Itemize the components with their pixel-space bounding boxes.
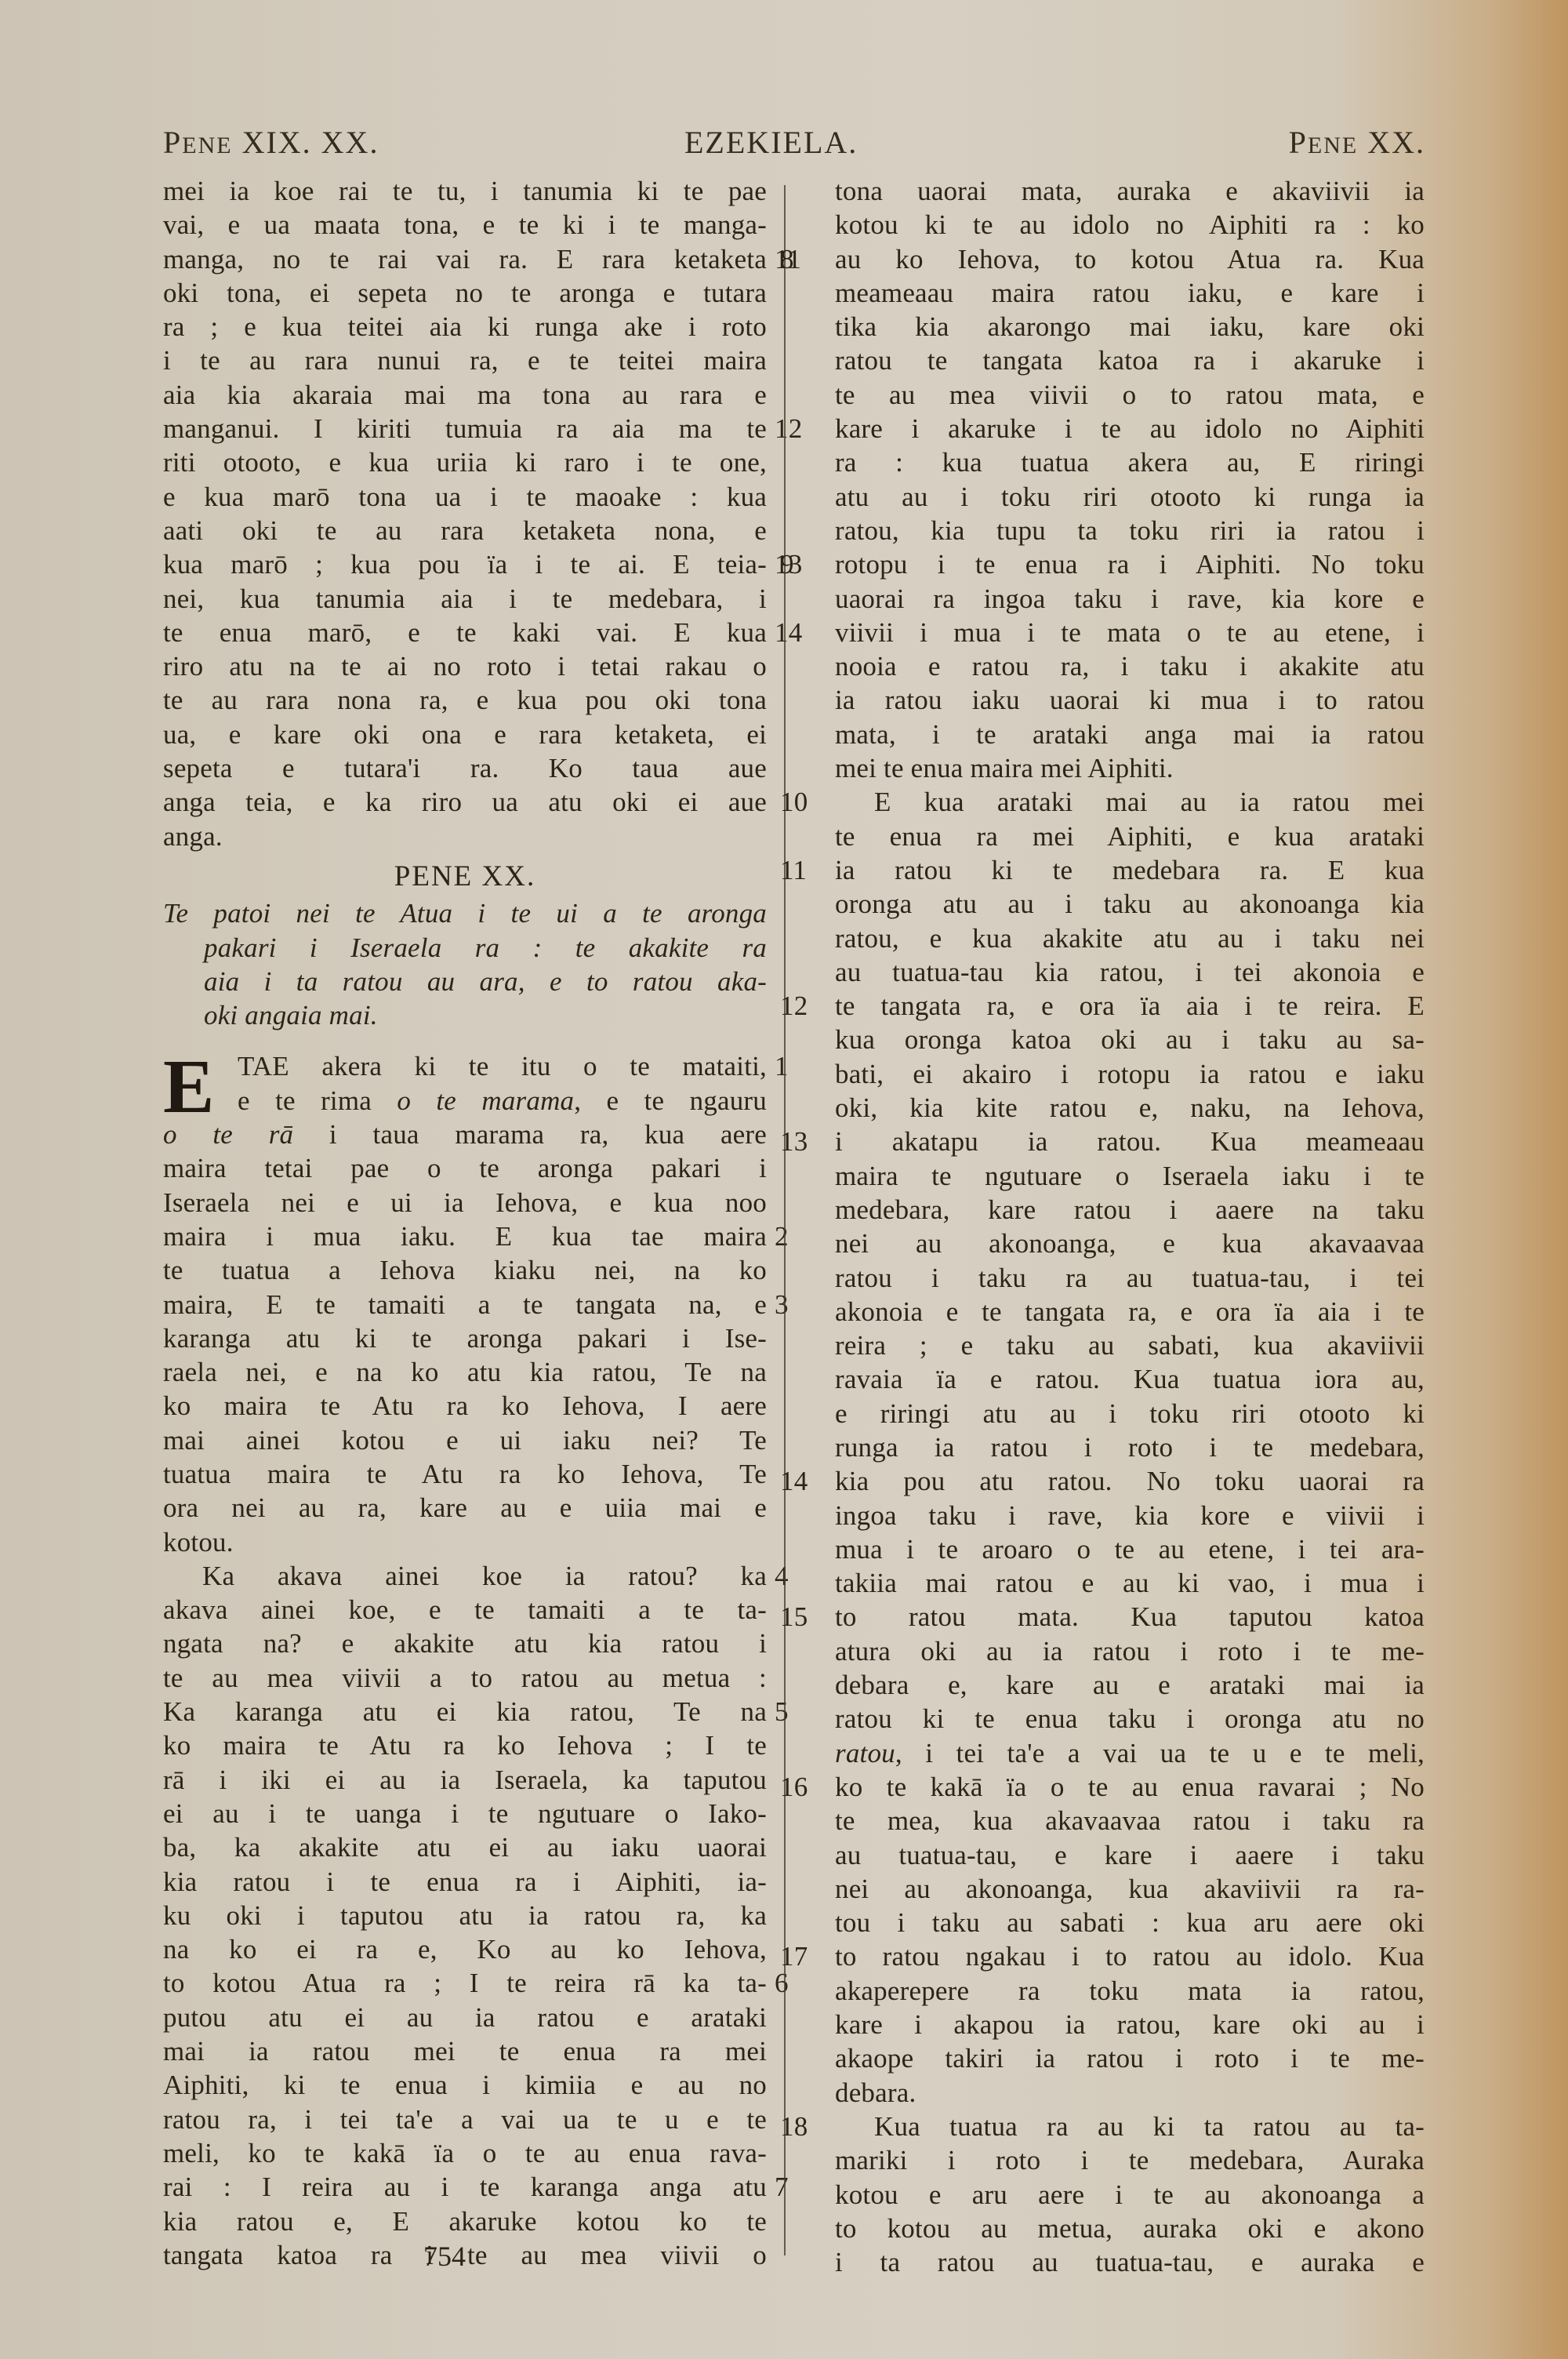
text-line: viivii i mua i te mata o te au etene, i bbox=[835, 616, 1425, 649]
text-line: ua, e kare oki ona e rara ketaketa, ei bbox=[163, 718, 767, 751]
text-line: akava ainei koe, e te tamaiti a te ta- bbox=[163, 1593, 767, 1627]
verse-number: 12 bbox=[780, 989, 824, 1023]
text-line: e kua marō tona ua i te maoake : kua bbox=[163, 480, 767, 514]
text-line: au tuatua-tau kia ratou, i tei akonoia e bbox=[835, 955, 1425, 989]
text-line: ravaia ïa e ratou. Kua tuatua iora au, bbox=[835, 1362, 1425, 1396]
text-line: Aiphiti, ki te enua i kimiia e au no bbox=[163, 2068, 767, 2102]
text-line: debara e, kare au e arataki mai ia bbox=[835, 1668, 1425, 1702]
text-line: kia ratou e, E akaruke kotou ko te bbox=[163, 2205, 767, 2238]
text-line: mariki i roto i te medebara, Auraka bbox=[835, 2143, 1425, 2177]
text-line: Iseraela nei e ui ia Iehova, e kua noo bbox=[163, 1186, 767, 1219]
chapter-heading: PENE XX. bbox=[163, 860, 767, 893]
text-line: mata, i te arataki anga mai ia ratou bbox=[835, 718, 1425, 751]
text-line: rai : I reira au i te karanga anga atu7 bbox=[163, 2170, 767, 2204]
text-line: te au rara nona ra, e kua pou oki tona bbox=[163, 683, 767, 717]
text-line: kua marō ; kua pou ïa i te ai. E teia-13 bbox=[163, 547, 767, 581]
text-line: debara. bbox=[835, 2076, 1425, 2110]
text-line: tou i taku au sabati : kua aru aere oki bbox=[835, 1906, 1425, 1939]
text-line: ngata na? e akakite atu kia ratou i bbox=[163, 1627, 767, 1660]
text-line: putou atu ei au ia ratou e arataki bbox=[163, 2001, 767, 2034]
text-line: te enua ra mei Aiphiti, e kua arataki bbox=[835, 820, 1425, 853]
text-line: ia ratou ki te medebara ra. E kua11 bbox=[835, 853, 1425, 887]
text-line: nei au akonoanga, kua akaviivii ra ra- bbox=[835, 1872, 1425, 1906]
text-line: kotou. bbox=[163, 1525, 767, 1559]
text-line: te mea, kua akavaavaa ratou i taku ra bbox=[835, 1804, 1425, 1837]
text-line: raela nei, e na ko atu kia ratou, Te na bbox=[163, 1355, 767, 1389]
text-line: i akatapu ia ratou. Kua meameaau13 bbox=[835, 1125, 1425, 1158]
text-line: tuatua maira te Atu ra ko Iehova, Te bbox=[163, 1457, 767, 1491]
text-line: atu au i toku riri otooto ki runga ia bbox=[835, 480, 1425, 514]
text-line: kia ratou i te enua ra i Aiphiti, ia- bbox=[163, 1865, 767, 1899]
text-line: medebara, kare ratou i aaere na taku bbox=[835, 1193, 1425, 1227]
text-line: nei, kua tanumia aia i te medebara, i bbox=[163, 582, 767, 616]
text-line: akaope takiri ia ratou i roto i te me- bbox=[835, 2041, 1425, 2075]
text-line: tona uaorai mata, auraka e akaviivii ia bbox=[835, 174, 1425, 208]
text-line: to ratou mata. Kua taputou katoa15 bbox=[835, 1600, 1425, 1634]
text-line: nei au akonoanga, e kua akavaavaa bbox=[835, 1227, 1425, 1260]
verse-number: 7 bbox=[775, 2170, 789, 2204]
text-line: runga ia ratou i roto i te medebara, bbox=[835, 1430, 1425, 1464]
text-line: TAE akera ki te itu o te mataiti,1 bbox=[163, 1049, 767, 1083]
text-line: oki, kia kite ratou e, naku, na Iehova, bbox=[835, 1091, 1425, 1125]
text-line: ratou, kia tupu ta toku riri ia ratou i bbox=[835, 514, 1425, 547]
text-line: aia kia akaraia mai ma tona au rara e bbox=[163, 378, 767, 412]
verse-number: 5 bbox=[775, 1695, 789, 1728]
verse-number: 14 bbox=[780, 1464, 824, 1498]
text-line: ko te kakā ïa o te au enua ravarai ; No1… bbox=[835, 1770, 1425, 1804]
text-line: ratou ki te enua taku i oronga atu no bbox=[835, 1702, 1425, 1736]
text-line: mua i te aroaro o te au etene, i tei ara… bbox=[835, 1532, 1425, 1566]
header-book-title: EZEKIELA. bbox=[684, 124, 858, 161]
text-line: bati, ei akairo i rotopu ia ratou e iaku bbox=[835, 1057, 1425, 1091]
running-header: PENE XIX. XX. EZEKIELA. PENE XX. bbox=[163, 124, 1425, 163]
verse-number: 2 bbox=[775, 1219, 789, 1253]
text-line: Ka karanga atu ei kia ratou, Te na5 bbox=[163, 1695, 767, 1728]
right-text-column: tona uaorai mata, auraka e akaviivii iak… bbox=[835, 174, 1425, 2279]
text-line: ra : kua tuatua akera au, E riringi bbox=[835, 445, 1425, 479]
text-line: kare i akaruke i te au idolo no Aiphiti bbox=[835, 412, 1425, 445]
text-line: karanga atu ki te aronga pakari i Ise- bbox=[163, 1321, 767, 1355]
verse-number: 1 bbox=[775, 1049, 789, 1083]
text-line: maira tetai pae o te aronga pakari i bbox=[163, 1151, 767, 1185]
text-line: kua oronga katoa oki au i taku au sa- bbox=[835, 1023, 1425, 1056]
text-line: rā i iki ei au ia Iseraela, ka taputou bbox=[163, 1763, 767, 1797]
text-line: e te rima o te marama, e te ngauru bbox=[163, 1084, 767, 1118]
text-line: maira te ngutuare o Iseraela iaku i te bbox=[835, 1159, 1425, 1193]
verse-number: 8 bbox=[780, 242, 824, 276]
header-left-chapter-range: PENE XIX. XX. bbox=[163, 124, 379, 161]
text-line: E kua arataki mai au ia ratou mei10 bbox=[835, 785, 1425, 819]
text-line: ko maira te Atu ra ko Iehova ; I te bbox=[163, 1728, 767, 1762]
text-line: Ka akava ainei koe ia ratou? ka4 bbox=[163, 1559, 767, 1593]
text-line: anga. bbox=[163, 820, 767, 853]
text-line: ratou, i tei ta'e a vai ua te u e te mel… bbox=[835, 1736, 1425, 1770]
text-line: tika kia akarongo mai iaku, kare oki bbox=[835, 310, 1425, 343]
verse-number: 10 bbox=[780, 785, 824, 819]
header-right-chapter: PENE XX. bbox=[1289, 124, 1425, 161]
text-line: akonoia e te tangata ra, e ora ïa aia i … bbox=[835, 1295, 1425, 1329]
text-line: nooia e ratou ra, i taku i akakite atu bbox=[835, 649, 1425, 683]
verse-number: 17 bbox=[780, 1939, 824, 1973]
text-line: reira ; e taku au sabati, kua akaviivii bbox=[835, 1329, 1425, 1362]
text-line: maira, E te tamaiti a te tangata na, e3 bbox=[163, 1288, 767, 1321]
text-line: i te au rara nunui ra, e te teitei maira bbox=[163, 343, 767, 377]
text-line: te tangata ra, e ora ïa aia i te reira. … bbox=[835, 989, 1425, 1023]
text-line: atura oki au ia ratou i roto i te me- bbox=[835, 1634, 1425, 1668]
text-line: ia ratou iaku uaorai ki mua i to ratou bbox=[835, 683, 1425, 717]
text-line: te enua marō, e te kaki vai. E kua14 bbox=[163, 616, 767, 649]
chapter-summary-line: pakari i Iseraela ra : te akakite ra bbox=[163, 931, 767, 965]
text-line: riti otooto, e kua uriia ki raro i te on… bbox=[163, 445, 767, 479]
text-line: na ko ei ra e, Ko au ko Iehova, bbox=[163, 1932, 767, 1966]
text-line: te au mea viivii a to ratou au metua : bbox=[163, 1661, 767, 1695]
text-line: meameaau maira ratou iaku, e kare i bbox=[835, 276, 1425, 310]
text-line: oki tona, ei sepeta no te aronga e tutar… bbox=[163, 276, 767, 310]
verse-number: 3 bbox=[775, 1288, 789, 1321]
text-line: kotou e aru aere i te au akonoanga a bbox=[835, 2178, 1425, 2212]
text-line: o te rā i taua marama ra, kua aere bbox=[163, 1118, 767, 1151]
drop-cap-paragraph-start: ETAE akera ki te itu o te mataiti,1e te … bbox=[163, 1049, 767, 1118]
text-line: au tuatua-tau, e kare i aaere i taku bbox=[835, 1838, 1425, 1872]
text-line: ora nei au ra, kare au e uiia mai e bbox=[163, 1491, 767, 1525]
text-line: ku oki i taputou atu ia ratou ra, ka bbox=[163, 1899, 767, 1932]
text-line: ingoa taku i rave, kia kore e viivii i bbox=[835, 1499, 1425, 1532]
text-line: mei te enua maira mei Aiphiti. bbox=[835, 751, 1425, 785]
chapter-summary-line: oki angaia mai. bbox=[163, 998, 767, 1032]
text-line: ei au i te uanga i te ngutuare o Iako- bbox=[163, 1797, 767, 1830]
text-line: anga teia, e ka riro ua atu oki ei aue bbox=[163, 785, 767, 819]
text-line: meli, ko te kakā ïa o te au enua rava- bbox=[163, 2136, 767, 2170]
text-line: mei ia koe rai te tu, i tanumia ki te pa… bbox=[163, 174, 767, 208]
verse-number: 15 bbox=[780, 1600, 824, 1634]
text-line: to kotou Atua ra ; I te reira rā ka ta-6 bbox=[163, 1966, 767, 2000]
verse-number: 11 bbox=[780, 853, 824, 887]
text-line: e riringi atu au i toku riri otooto ki bbox=[835, 1397, 1425, 1430]
text-line: aati oki te au rara ketaketa nona, e bbox=[163, 514, 767, 547]
text-line: vai, e ua maata tona, e te ki i te manga… bbox=[163, 208, 767, 242]
text-line: uaorai ra ingoa taku i rave, kia kore e bbox=[835, 582, 1425, 616]
text-line: kotou ki te au idolo no Aiphiti ra : ko bbox=[835, 208, 1425, 242]
text-line: akaperepere ra toku mata ia ratou, bbox=[835, 1974, 1425, 2008]
verse-number: 13 bbox=[780, 1125, 824, 1158]
verse-number: 12 bbox=[775, 412, 802, 445]
text-line: manga, no te rai vai ra. E rara ketaketa… bbox=[163, 242, 767, 276]
text-line: ko maira te Atu ra ko Iehova, I aere bbox=[163, 1389, 767, 1423]
verse-number: 16 bbox=[780, 1770, 824, 1804]
book-page: PENE XIX. XX. EZEKIELA. PENE XX. mei ia … bbox=[0, 0, 1568, 2359]
chapter-summary-line: Te patoi nei te Atua i te ui a te aronga bbox=[163, 896, 767, 930]
text-line: kia pou atu ratou. No toku uaorai ra14 bbox=[835, 1464, 1425, 1498]
text-line: au ko Iehova, to kotou Atua ra. Kua8 bbox=[835, 242, 1425, 276]
verse-number: 18 bbox=[780, 2110, 824, 2143]
text-line: ratou, e kua akakite atu au i taku nei bbox=[835, 921, 1425, 955]
text-line: rotopu i te enua ra i Aiphiti. No toku9 bbox=[835, 547, 1425, 581]
spacer bbox=[163, 1032, 767, 1049]
text-line: ra ; e kua teitei aia ki runga ake i rot… bbox=[163, 310, 767, 343]
text-line: ba, ka akakite atu ei au iaku uaorai bbox=[163, 1830, 767, 1864]
text-line: to kotou au metua, auraka oki e akono bbox=[835, 2212, 1425, 2245]
text-line: mai ia ratou mei te enua ra mei bbox=[163, 2034, 767, 2068]
left-text-column: mei ia koe rai te tu, i tanumia ki te pa… bbox=[163, 174, 767, 2272]
verse-number: 14 bbox=[775, 616, 802, 649]
text-line: riro atu na te ai no roto i tetai rakau … bbox=[163, 649, 767, 683]
text-line: te tuatua a Iehova kiaku nei, na ko bbox=[163, 1253, 767, 1287]
text-line: maira i mua iaku. E kua tae maira2 bbox=[163, 1219, 767, 1253]
text-line: ratou te tangata katoa ra i akaruke i bbox=[835, 343, 1425, 377]
text-line: ratou i taku ra au tuatua-tau, i tei bbox=[835, 1261, 1425, 1295]
text-line: i ta ratou au tuatua-tau, e auraka e bbox=[835, 2245, 1425, 2279]
text-line: oronga atu au i taku au akonoanga kia bbox=[835, 887, 1425, 921]
page-number: 754 bbox=[423, 2240, 466, 2273]
verse-number: 4 bbox=[775, 1559, 789, 1593]
chapter-summary-line: aia i ta ratou au ara, e to ratou aka- bbox=[163, 965, 767, 998]
text-line: kare i akapou ia ratou, kare oki au i bbox=[835, 2008, 1425, 2041]
text-line: Kua tuatua ra au ki ta ratou au ta-18 bbox=[835, 2110, 1425, 2143]
text-line: to ratou ngakau i to ratou au idolo. Kua… bbox=[835, 1939, 1425, 1973]
text-line: te au mea viivii o to ratou mata, e bbox=[835, 378, 1425, 412]
text-line: sepeta e tutara'i ra. Ko taua aue bbox=[163, 751, 767, 785]
verse-number: 9 bbox=[780, 547, 824, 581]
text-line: ratou ra, i tei ta'e a vai ua te u e te bbox=[163, 2103, 767, 2136]
text-line: mai ainei kotou e ui iaku nei? Te bbox=[163, 1423, 767, 1457]
text-line: takiia mai ratou e au ki vao, i mua i bbox=[835, 1566, 1425, 1600]
text-line: manganui. I kiriti tumuia ra aia ma te12 bbox=[163, 412, 767, 445]
